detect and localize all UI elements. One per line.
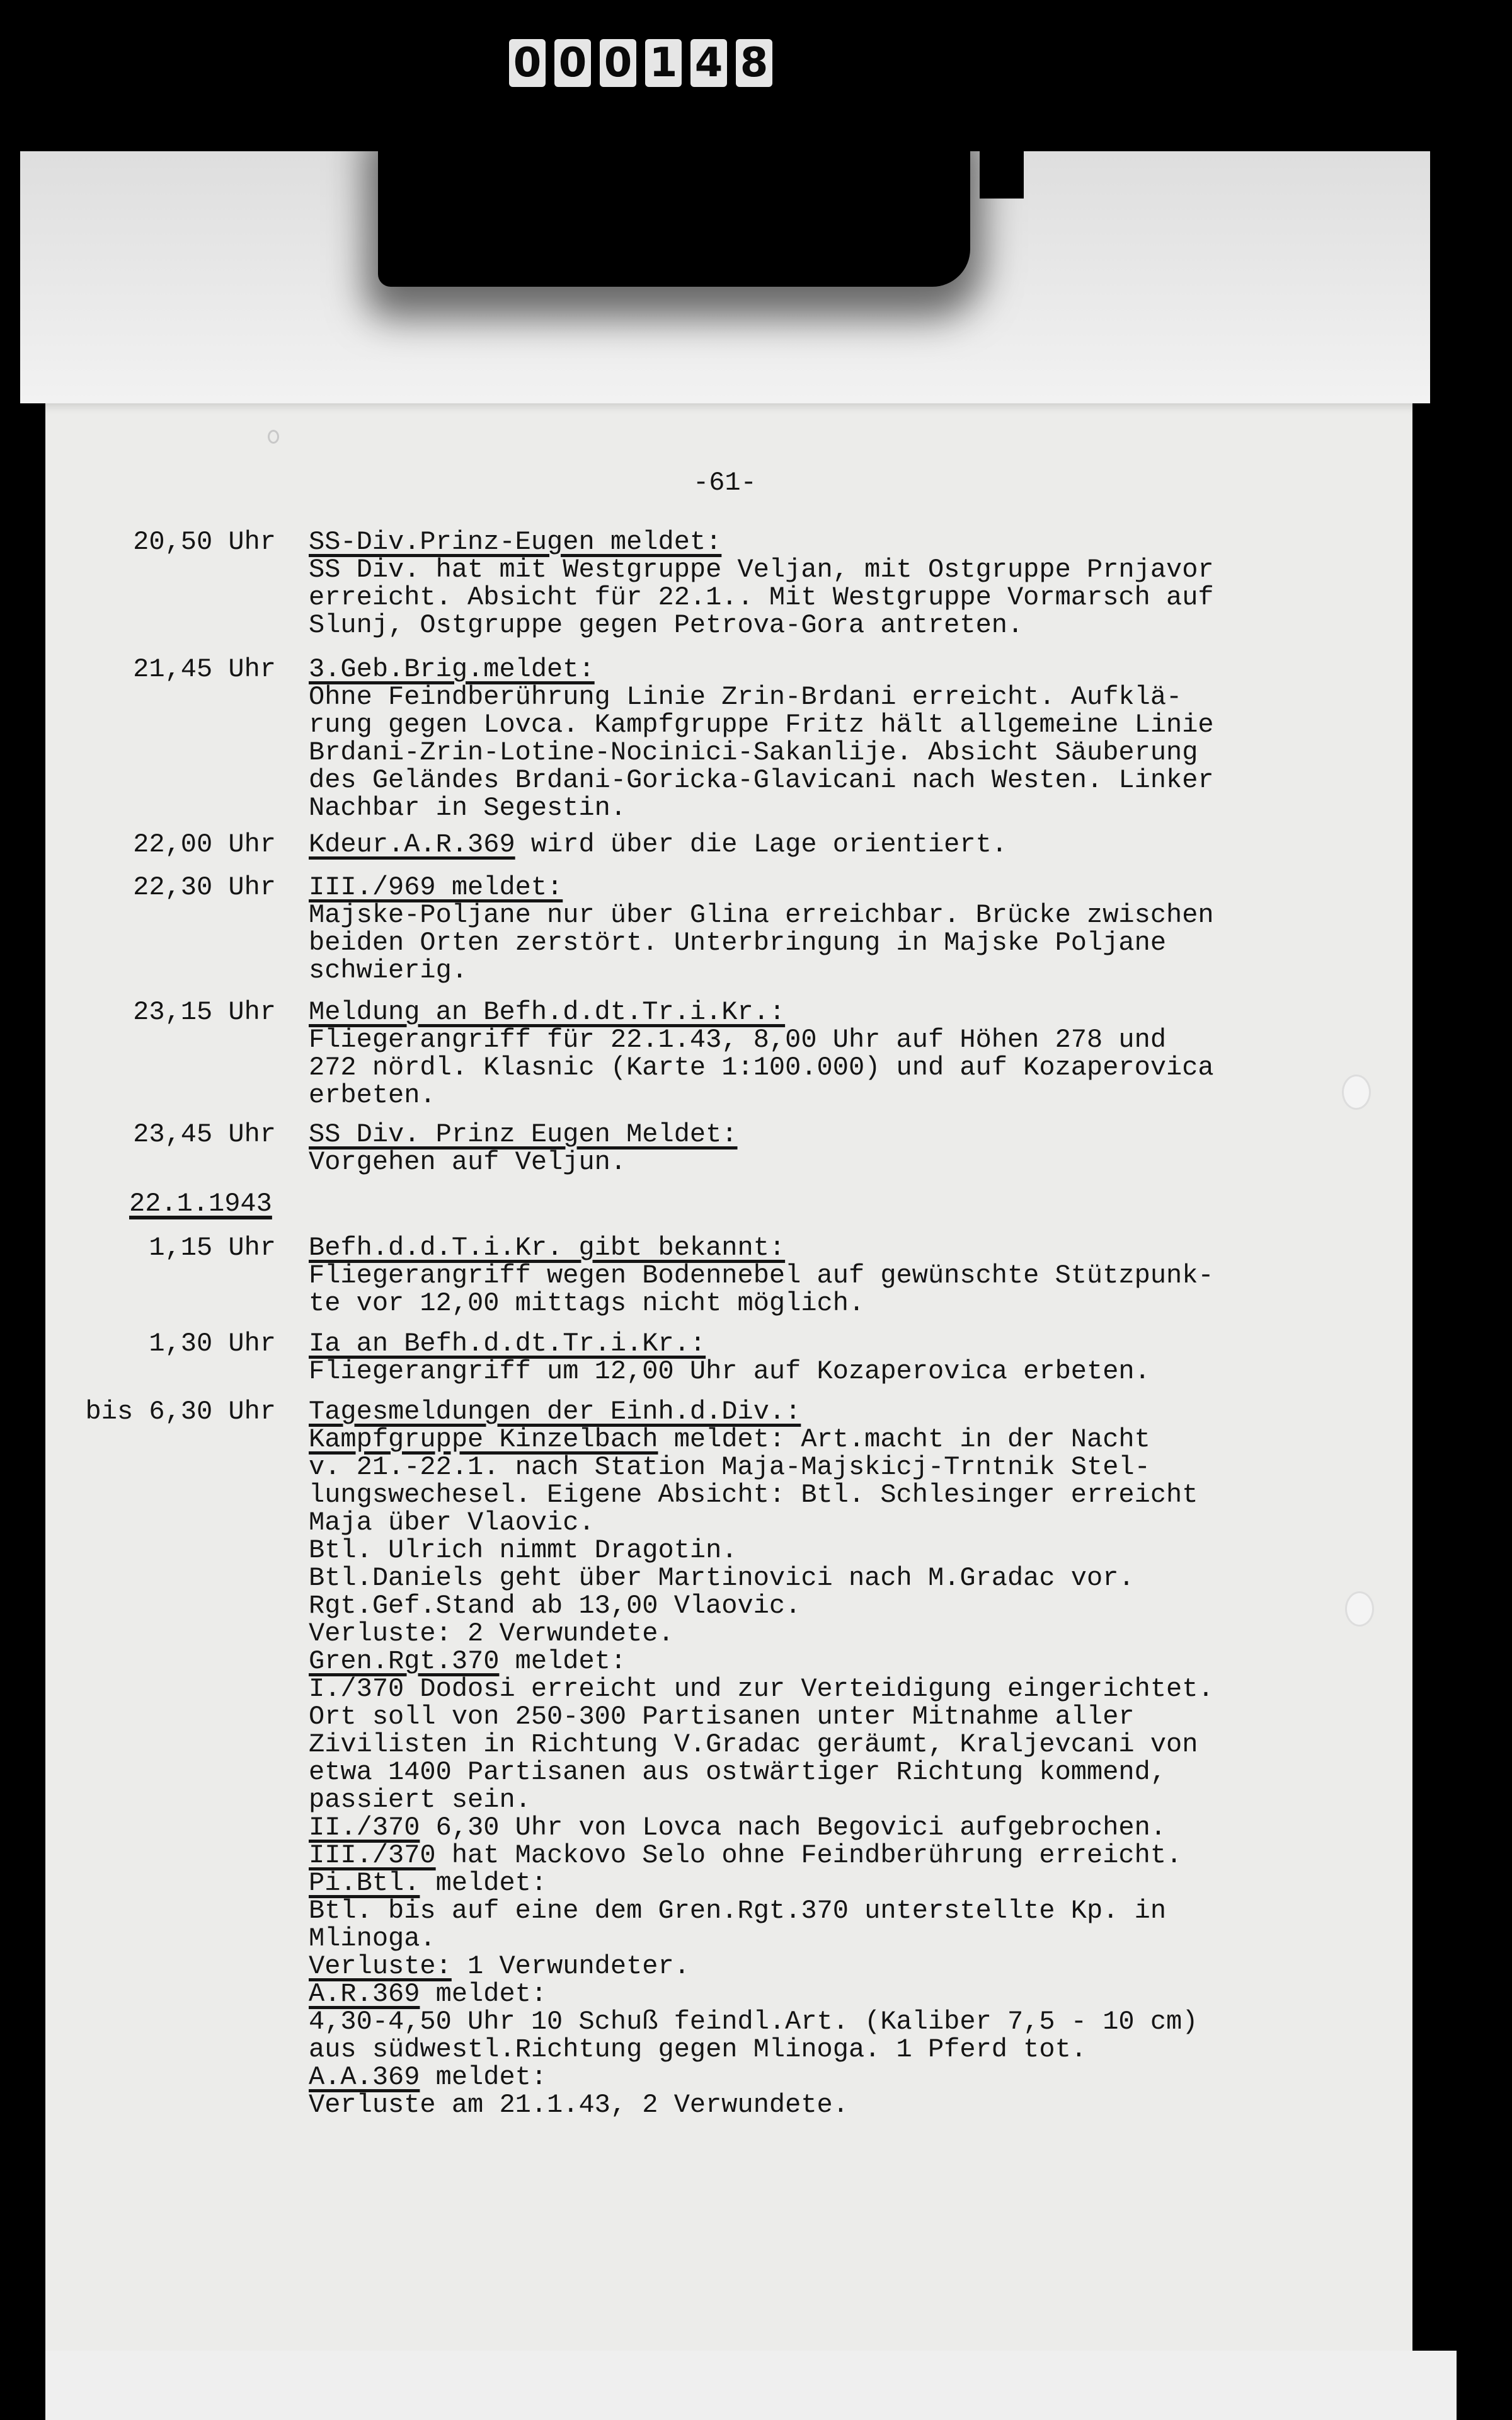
entry-line: passiert sein. <box>309 1786 1329 1814</box>
entry-heading: III./969 meldet: <box>309 872 563 902</box>
entry-heading: SS-Div.Prinz-Eugen meldet: <box>309 527 721 557</box>
entry-time: 20,50 Uhr <box>133 528 276 556</box>
entry-time: 1,15 Uhr <box>149 1234 276 1262</box>
entry-line: Ohne Feindberührung Linie Zrin-Brdani er… <box>309 683 1329 711</box>
film-clip-tab <box>980 126 1024 199</box>
page-bottom-edge <box>45 2351 1457 2420</box>
entry-body: Ia an Befh.d.dt.Tr.i.Kr.:Fliegerangriff … <box>309 1330 1329 1385</box>
entry-line: Mlinoga. <box>309 1925 1329 1952</box>
entry-line: A.A.369 meldet: <box>309 2063 1329 2091</box>
entry-time: bis 6,30 Uhr <box>86 1398 276 1426</box>
entry-line: A.R.369 meldet: <box>309 1980 1329 2008</box>
entry-line: Ort soll von 250-300 Partisanen unter Mi… <box>309 1703 1329 1731</box>
entry-line: I./370 Dodosi erreicht und zur Verteidig… <box>309 1675 1329 1703</box>
entry-heading-suffix: wird über die Lage orientiert. <box>515 829 1007 860</box>
entry-line: 4,30-4,50 Uhr 10 Schuß feindl.Art. (Kali… <box>309 2008 1329 2036</box>
paper-speck <box>268 430 279 444</box>
entry-body: Befh.d.d.T.i.Kr. gibt bekannt:Fliegerang… <box>309 1234 1329 1317</box>
entry-line: Majske-Poljane nur über Glina erreichbar… <box>309 901 1329 929</box>
entry-line: des Geländes Brdani-Goricka-Glavicani na… <box>309 766 1329 794</box>
entry-heading: Meldung an Befh.d.dt.Tr.i.Kr.: <box>309 997 785 1027</box>
entry-body: SS-Div.Prinz-Eugen meldet:SS Div. hat mi… <box>309 528 1329 639</box>
entry-line: Nachbar in Segestin. <box>309 794 1329 822</box>
entry-line: te vor 12,00 mittags nicht möglich. <box>309 1289 1329 1317</box>
entry-line: Slunj, Ostgruppe gegen Petrova-Gora antr… <box>309 611 1329 639</box>
entry-heading: 3.Geb.Brig.meldet: <box>309 654 595 684</box>
entry-line: beiden Orten zerstört. Unterbringung in … <box>309 929 1329 957</box>
entry-time: 23,15 Uhr <box>133 998 276 1026</box>
paper-hole <box>1342 1075 1371 1110</box>
entry-line: aus südwestl.Richtung gegen Mlinoga. 1 P… <box>309 2036 1329 2063</box>
entry-body: Kdeur.A.R.369 wird über die Lage orienti… <box>309 831 1329 858</box>
entry-line: Verluste: 1 Verwundeter. <box>309 1952 1329 1980</box>
frame-digit: 0 <box>554 39 591 87</box>
frame-number: 000148 <box>509 39 772 96</box>
frame-digit: 1 <box>645 39 682 87</box>
entry-line: schwierig. <box>309 957 1329 984</box>
entry-line: SS Div. hat mit Westgruppe Veljan, mit O… <box>309 556 1329 584</box>
entry-line: lungswechesel. Eigene Absicht: Btl. Schl… <box>309 1481 1329 1509</box>
entry-line: Btl. bis auf eine dem Gren.Rgt.370 unter… <box>309 1897 1329 1925</box>
entry-line: Vorgehen auf Veljun. <box>309 1148 1329 1176</box>
entry-time: 1,30 Uhr <box>149 1330 276 1357</box>
frame-digit: 4 <box>690 39 727 87</box>
date-heading: 22.1.1943 <box>129 1190 272 1218</box>
entry-body: Meldung an Befh.d.dt.Tr.i.Kr.:Fliegerang… <box>309 998 1329 1109</box>
entry-time: 22,00 Uhr <box>133 831 276 858</box>
entry-body: 3.Geb.Brig.meldet:Ohne Feindberührung Li… <box>309 655 1329 822</box>
entry-line: Fliegerangriff wegen Bodennebel auf gewü… <box>309 1262 1329 1289</box>
entry-line: etwa 1400 Partisanen aus ostwärtiger Ric… <box>309 1758 1329 1786</box>
entry-heading: Befh.d.d.T.i.Kr. gibt bekannt: <box>309 1233 785 1263</box>
entry-line: Zivilisten in Richtung V.Gradac geräumt,… <box>309 1731 1329 1758</box>
entry-line: Fliegerangriff um 12,00 Uhr auf Kozapero… <box>309 1357 1329 1385</box>
entry-line: erbeten. <box>309 1081 1329 1109</box>
entry-line: Brdani-Zrin-Lotine-Nocinici-Sakanlije. A… <box>309 739 1329 766</box>
entry-heading: Tagesmeldungen der Einh.d.Div.: <box>309 1397 801 1427</box>
frame-digit: 8 <box>736 39 772 87</box>
entry-line: II./370 6,30 Uhr von Lovca nach Begovici… <box>309 1814 1329 1841</box>
entry-line: v. 21.-22.1. nach Station Maja-Majskicj-… <box>309 1453 1329 1481</box>
film-clip-mask <box>378 126 970 287</box>
entry-line: Verluste am 21.1.43, 2 Verwundete. <box>309 2091 1329 2119</box>
entry-body: Tagesmeldungen der Einh.d.Div.:Kampfgrup… <box>309 1398 1329 2119</box>
entry-heading: Kdeur.A.R.369 <box>309 829 515 860</box>
frame-digit: 0 <box>509 39 546 87</box>
entry-line: erreicht. Absicht für 22.1.. Mit Westgru… <box>309 584 1329 611</box>
entry-line: Gren.Rgt.370 meldet: <box>309 1647 1329 1675</box>
entry-line: Verluste: 2 Verwundete. <box>309 1620 1329 1647</box>
entry-line: 272 nördl. Klasnic (Karte 1:100.000) und… <box>309 1054 1329 1081</box>
entry-time: 21,45 Uhr <box>133 655 276 683</box>
entry-body: III./969 meldet:Majske-Poljane nur über … <box>309 873 1329 984</box>
entry-line: III./370 hat Mackovo Selo ohne Feindberü… <box>309 1841 1329 1869</box>
entry-time: 22,30 Uhr <box>133 873 276 901</box>
entry-line: Pi.Btl. meldet: <box>309 1869 1329 1897</box>
entry-line: rung gegen Lovca. Kampfgruppe Fritz hält… <box>309 711 1329 739</box>
entry-line: Rgt.Gef.Stand ab 13,00 Vlaovic. <box>309 1592 1329 1620</box>
entry-heading: Ia an Befh.d.dt.Tr.i.Kr.: <box>309 1328 706 1359</box>
entry-time: 23,45 Uhr <box>133 1121 276 1148</box>
entry-line: Btl. Ulrich nimmt Dragotin. <box>309 1536 1329 1564</box>
entry-line: Btl.Daniels geht über Martinovici nach M… <box>309 1564 1329 1592</box>
entry-line: Maja über Vlaovic. <box>309 1509 1329 1536</box>
entry-heading: SS Div. Prinz Eugen Meldet: <box>309 1119 738 1149</box>
paper-hole <box>1345 1591 1374 1627</box>
entry-line: Kampfgruppe Kinzelbach meldet: Art.macht… <box>309 1426 1329 1453</box>
entry-body: SS Div. Prinz Eugen Meldet:Vorgehen auf … <box>309 1121 1329 1176</box>
entry-line: Fliegerangriff für 22.1.43, 8,00 Uhr auf… <box>309 1026 1329 1054</box>
frame-digit: 0 <box>600 39 636 87</box>
page-number: -61- <box>693 468 757 498</box>
